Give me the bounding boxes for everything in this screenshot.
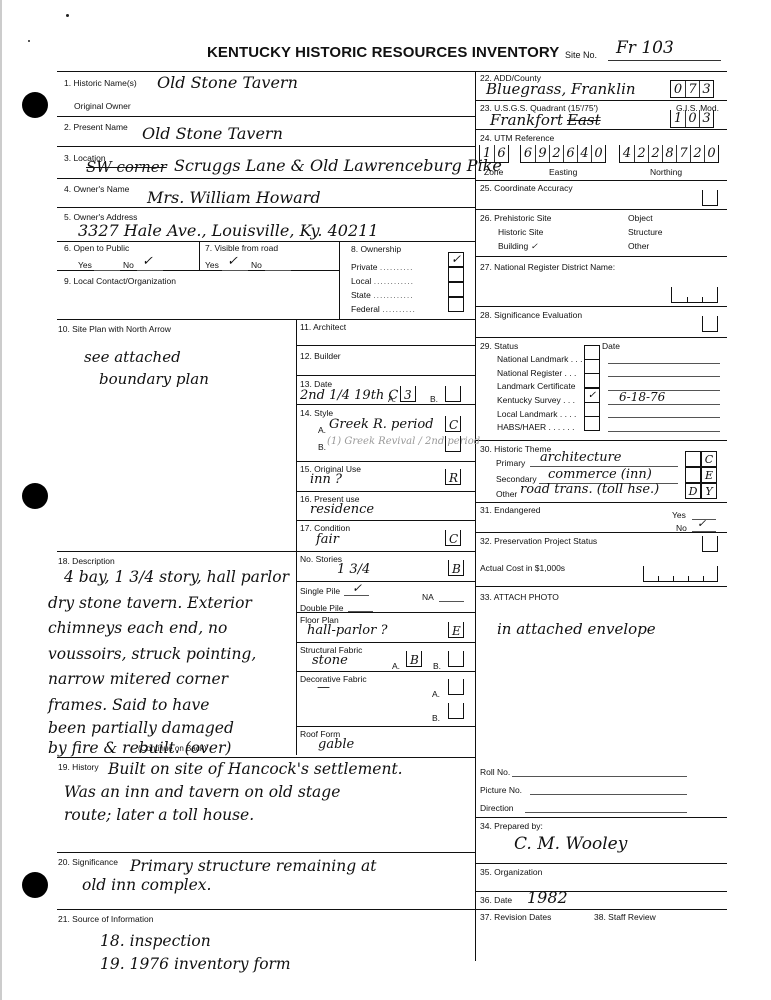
historic-site-label: Historic Site bbox=[498, 227, 543, 237]
style-b-code-box[interactable] bbox=[445, 436, 461, 452]
rule bbox=[296, 642, 475, 643]
single-pile-label: Single Pile bbox=[300, 586, 340, 596]
date-value[interactable]: 2nd 1/4 19th C bbox=[300, 388, 398, 403]
single-pile-checkmark: ✓ bbox=[352, 581, 362, 595]
rule bbox=[57, 852, 475, 853]
rule bbox=[475, 129, 727, 130]
utm-northing-digit: 8 bbox=[662, 145, 676, 162]
utm-easting-digit: 6 bbox=[521, 145, 535, 162]
status-date-line[interactable] bbox=[608, 363, 720, 364]
decorative-fabric-label: Decorative Fabric bbox=[300, 674, 367, 684]
double-pile-blank[interactable] bbox=[348, 611, 373, 612]
rule bbox=[475, 532, 727, 533]
rule bbox=[296, 520, 475, 521]
rule bbox=[475, 891, 727, 892]
rule bbox=[296, 581, 475, 582]
direction-line[interactable] bbox=[525, 812, 687, 813]
stories-code-box[interactable]: B bbox=[448, 560, 464, 576]
date-b-label: B. bbox=[430, 394, 438, 404]
rule bbox=[475, 306, 727, 307]
county-code[interactable]: 0 7 3 bbox=[670, 80, 714, 98]
endangered-no-label: No bbox=[676, 523, 687, 533]
status-kentucky-survey: Kentucky Survey . . . bbox=[497, 395, 575, 405]
picture-no-line[interactable] bbox=[530, 794, 687, 795]
utm-zone[interactable]: 1 6 bbox=[479, 145, 509, 163]
theme-other-code-1[interactable]: D bbox=[685, 483, 701, 499]
actual-cost-label: Actual Cost in $1,000s bbox=[480, 563, 565, 573]
visible-yes-label: Yes bbox=[205, 260, 219, 270]
picture-no-label: Picture No. bbox=[480, 785, 522, 795]
ownership-private-checkbox[interactable]: ✓ bbox=[448, 252, 464, 267]
rule bbox=[57, 116, 475, 117]
date-b-code-box[interactable] bbox=[445, 386, 461, 402]
status-label: 29. Status bbox=[480, 341, 518, 351]
stories-code: B bbox=[449, 562, 461, 576]
rule bbox=[296, 404, 475, 405]
preservation-status-box[interactable] bbox=[702, 536, 718, 552]
history-line[interactable]: route; later a toll house. bbox=[64, 806, 254, 824]
open-yes-label: Yes bbox=[78, 260, 92, 270]
rule bbox=[475, 817, 727, 818]
utm-northing-digit: 0 bbox=[704, 145, 718, 162]
theme-other-label: Other bbox=[496, 489, 517, 499]
na-label: NA bbox=[422, 592, 434, 602]
visible-yes-blank[interactable] bbox=[222, 270, 248, 271]
description-line[interactable]: chimneys each end, no bbox=[48, 619, 227, 637]
utm-label: 24. UTM Reference bbox=[480, 133, 554, 143]
significance-line[interactable]: old inn complex. bbox=[82, 876, 211, 894]
structural-b-code-box[interactable] bbox=[448, 651, 464, 667]
utm-easting[interactable]: 6 9 2 6 4 0 bbox=[520, 145, 606, 163]
other-label: Other bbox=[628, 241, 649, 251]
roof-form-value[interactable]: gable bbox=[318, 737, 354, 752]
rule bbox=[475, 586, 727, 587]
status-date-line[interactable] bbox=[608, 431, 720, 432]
utm-northing-digit: 2 bbox=[634, 145, 648, 162]
ownership-state: State ............ bbox=[351, 290, 414, 300]
ownership-federal-label: Federal bbox=[351, 304, 380, 314]
utm-northing-digit: 2 bbox=[690, 145, 704, 162]
rule bbox=[475, 502, 727, 503]
stories-label: No. Stories bbox=[300, 554, 342, 564]
nr-district-label: 27. National Register District Name: bbox=[480, 262, 615, 272]
status-landmark-certificate: Landmark Certificate bbox=[497, 381, 575, 391]
rule bbox=[475, 337, 727, 338]
kentucky-survey-date[interactable]: 6-18-76 bbox=[619, 390, 665, 404]
utm-easting-digit: 9 bbox=[535, 145, 549, 162]
floor-plan-code-box[interactable]: E bbox=[448, 622, 464, 638]
rule bbox=[475, 909, 727, 910]
rule bbox=[475, 100, 727, 101]
form-date-label: 36. Date bbox=[480, 895, 512, 905]
divider bbox=[339, 241, 340, 319]
site-plan-value-2[interactable]: boundary plan bbox=[99, 370, 209, 388]
na-blank[interactable] bbox=[439, 601, 464, 602]
ownership-local-label: Local bbox=[351, 276, 371, 286]
continue-on-back-label: (Continue on Back) bbox=[138, 744, 206, 753]
rule bbox=[57, 207, 475, 208]
ownership-label: 8. Ownership bbox=[351, 244, 401, 254]
history-label: 19. History bbox=[58, 762, 99, 772]
status-national-register-checkbox[interactable] bbox=[584, 359, 600, 374]
source-label: 21. Source of Information bbox=[58, 914, 153, 924]
owner-name-label: 4. Owner's Name bbox=[64, 184, 129, 194]
structural-a-code: B bbox=[407, 653, 419, 667]
revision-dates-label: 37. Revision Dates bbox=[480, 912, 551, 922]
endangered-label: 31. Endangered bbox=[480, 505, 541, 515]
site-no-value[interactable]: Fr 103 bbox=[616, 38, 674, 58]
utm-zone-digit: 6 bbox=[494, 145, 508, 162]
location-value[interactable]: Scruggs Lane & Old Lawrenceburg Pike bbox=[174, 156, 502, 175]
rule bbox=[475, 863, 727, 864]
visible-road-label: 7. Visible from road bbox=[205, 243, 278, 253]
decorative-a-label: A. bbox=[432, 689, 440, 699]
present-use-value[interactable]: residence bbox=[310, 502, 374, 517]
rule bbox=[57, 241, 475, 242]
prepared-by-label: 34. Prepared by: bbox=[480, 821, 543, 831]
ownership-federal: Federal .......... bbox=[351, 304, 416, 314]
description-line[interactable]: dry stone tavern. Exterior bbox=[48, 594, 252, 612]
theme-primary-code-2[interactable]: C bbox=[701, 451, 717, 467]
attach-photo-label: 33. ATTACH PHOTO bbox=[480, 592, 559, 602]
date-a-code: 3 bbox=[401, 388, 412, 402]
decorative-fabric-value[interactable]: — bbox=[317, 680, 330, 695]
gis-mod-code[interactable]: 1 0 3 bbox=[670, 110, 714, 128]
condition-code: C bbox=[446, 532, 458, 546]
significance-label: 20. Significance bbox=[58, 857, 118, 867]
architect-label: 11. Architect bbox=[300, 322, 346, 332]
theme-primary-code-1[interactable] bbox=[685, 451, 701, 467]
source-line[interactable]: 19. 1976 inventory form bbox=[100, 955, 291, 973]
ownership-private-label: Private bbox=[351, 262, 377, 272]
gis-mod-digit: 0 bbox=[685, 110, 699, 127]
form-title: KENTUCKY HISTORIC RESOURCES INVENTORY bbox=[207, 44, 559, 61]
decorative-b-label: B. bbox=[432, 713, 440, 723]
visible-yes-checkmark: ✓ bbox=[227, 254, 238, 269]
gis-mod-digit: 1 bbox=[671, 110, 685, 127]
history-line[interactable]: Built on site of Hancock's settlement. bbox=[108, 760, 403, 778]
stories-value[interactable]: 1 3/4 bbox=[337, 562, 370, 577]
present-name-value[interactable]: Old Stone Tavern bbox=[142, 124, 283, 143]
ownership-state-checkbox[interactable] bbox=[448, 282, 464, 297]
column-divider bbox=[475, 71, 476, 961]
building-checkmark: ✓ bbox=[528, 241, 537, 251]
owner-address-value[interactable]: 3327 Hale Ave., Louisville, Ky. 40211 bbox=[78, 221, 378, 240]
theme-secondary-code-1[interactable] bbox=[685, 467, 701, 483]
status-habs-haer: HABS/HAER . . . . . . bbox=[497, 422, 574, 432]
original-use-value[interactable]: inn ? bbox=[310, 472, 342, 487]
site-plan-value-1[interactable]: see attached bbox=[84, 348, 181, 366]
site-no-label: Site No. bbox=[565, 50, 597, 60]
roll-no-line[interactable] bbox=[512, 776, 687, 777]
divider bbox=[199, 241, 200, 270]
ownership-federal-checkbox[interactable] bbox=[448, 297, 464, 312]
utm-easting-digit: 2 bbox=[549, 145, 563, 162]
rule bbox=[296, 726, 475, 727]
theme-secondary-code-2[interactable]: E bbox=[701, 467, 717, 483]
easting-label: Easting bbox=[549, 167, 577, 177]
utm-northing-digit: 4 bbox=[620, 145, 634, 162]
status-date-line[interactable] bbox=[608, 417, 720, 418]
structural-a-code-box[interactable]: B bbox=[406, 651, 422, 667]
utm-easting-digit: 4 bbox=[577, 145, 591, 162]
divider bbox=[296, 319, 297, 755]
utm-zone-digit: 1 bbox=[480, 145, 494, 162]
condition-code-box[interactable]: C bbox=[445, 530, 461, 546]
single-pile-blank[interactable] bbox=[344, 595, 369, 596]
actual-cost-boxes[interactable] bbox=[643, 566, 718, 582]
historic-name-label: 1. Historic Name(s) bbox=[64, 78, 137, 88]
open-no-blank[interactable] bbox=[137, 270, 163, 271]
open-no-checkmark: ✓ bbox=[142, 254, 153, 269]
double-pile-label: Double Pile bbox=[300, 603, 343, 613]
direction-label: Direction bbox=[480, 803, 514, 813]
rule bbox=[296, 461, 475, 462]
status-national-landmark-checkbox[interactable] bbox=[584, 345, 600, 360]
county-code-digit: 3 bbox=[699, 81, 713, 97]
preservation-status-label: 32. Preservation Project Status bbox=[480, 536, 597, 546]
rule bbox=[296, 375, 475, 376]
gis-mod-digit: 3 bbox=[699, 110, 713, 127]
historic-name-value[interactable]: Old Stone Tavern bbox=[157, 73, 298, 92]
theme-secondary-value[interactable]: commerce (inn) bbox=[548, 467, 652, 482]
decorative-a-code-box[interactable] bbox=[448, 679, 464, 695]
roll-no-label: Roll No. bbox=[480, 767, 510, 777]
significance-line[interactable]: Primary structure remaining at bbox=[130, 857, 377, 875]
description-label: 18. Description bbox=[58, 556, 115, 566]
original-use-code-box[interactable]: R bbox=[445, 469, 461, 485]
status-landmark-certificate-checkbox[interactable] bbox=[584, 373, 600, 388]
description-line[interactable]: 4 bay, 1 3/4 story, hall parlor bbox=[64, 568, 289, 586]
form-page: KENTUCKY HISTORIC RESOURCES INVENTORY Si… bbox=[0, 0, 771, 1000]
utm-northing-digit: 7 bbox=[676, 145, 690, 162]
original-use-code: R bbox=[446, 471, 458, 485]
ownership-local: Local ............ bbox=[351, 276, 414, 286]
rule bbox=[57, 319, 475, 320]
organization-label: 35. Organization bbox=[480, 867, 542, 877]
rule bbox=[475, 180, 727, 181]
add-county-value[interactable]: Bluegrass, Franklin bbox=[486, 80, 636, 98]
rule bbox=[475, 440, 727, 441]
theme-primary-label: Primary bbox=[496, 458, 525, 468]
utm-northing[interactable]: 4 2 2 8 7 2 0 bbox=[619, 145, 719, 163]
rule bbox=[57, 551, 475, 552]
structural-a-label: A. bbox=[392, 661, 400, 671]
visible-no-label: No bbox=[251, 260, 262, 270]
status-habs-haer-checkbox[interactable] bbox=[584, 416, 600, 431]
staff-review-label: 38. Staff Review bbox=[594, 912, 656, 922]
building-label-text: Building bbox=[498, 241, 528, 251]
quadrant-struck-text: East bbox=[567, 111, 601, 129]
theme-other-value[interactable]: road trans. (toll hse.) bbox=[520, 482, 659, 497]
location-struck-text: SW corner bbox=[86, 158, 167, 176]
rule bbox=[296, 345, 475, 346]
decorative-b-code-box[interactable] bbox=[448, 703, 464, 719]
punch-hole-bottom bbox=[22, 872, 48, 898]
rule bbox=[475, 209, 727, 210]
endangered-no-blank[interactable] bbox=[692, 531, 716, 532]
northing-label: Northing bbox=[650, 167, 682, 177]
significance-eval-box[interactable] bbox=[702, 316, 718, 332]
rule bbox=[475, 256, 727, 257]
date-a-code-box[interactable]: 3 bbox=[400, 386, 416, 402]
punch-hole-top bbox=[22, 92, 48, 118]
theme-other-code-2[interactable]: Y bbox=[701, 483, 717, 499]
site-no-line bbox=[608, 60, 721, 61]
quadrant-value[interactable]: Frankfort bbox=[490, 111, 563, 129]
utm-easting-digit: 6 bbox=[563, 145, 577, 162]
present-name-label: 2. Present Name bbox=[64, 122, 128, 132]
structural-b-label: B. bbox=[433, 661, 441, 671]
ownership-private: Private .......... bbox=[351, 262, 413, 272]
style-a-code-box[interactable]: C bbox=[445, 416, 461, 432]
rule bbox=[57, 71, 727, 72]
endangered-yes-label: Yes bbox=[672, 510, 686, 520]
significance-eval-label: 28. Significance Evaluation bbox=[480, 310, 582, 320]
site-plan-label: 10. Site Plan with North Arrow bbox=[58, 324, 171, 334]
style-a-code: C bbox=[446, 418, 458, 432]
status-national-landmark: National Landmark . . . bbox=[497, 354, 583, 364]
open-no-label: No bbox=[123, 260, 134, 270]
status-local-landmark-checkbox[interactable] bbox=[584, 402, 600, 417]
source-line[interactable]: 18. inspection bbox=[100, 932, 211, 950]
speck bbox=[28, 40, 30, 42]
description-line[interactable]: voussoirs, struck pointing, bbox=[48, 645, 256, 663]
utm-northing-digit: 2 bbox=[648, 145, 662, 162]
open-to-public-label: 6. Open to Public bbox=[64, 243, 129, 253]
status-national-register: National Register . . . bbox=[497, 368, 576, 378]
endangered-no-checkmark: ✓ bbox=[697, 517, 706, 530]
status-date-line[interactable] bbox=[608, 404, 720, 405]
county-code-digit: 7 bbox=[685, 81, 699, 97]
builder-label: 12. Builder bbox=[300, 351, 341, 361]
status-date-label: Date bbox=[602, 341, 620, 351]
prepared-by-value[interactable]: C. M. Wooley bbox=[514, 834, 627, 854]
structure-label: Structure bbox=[628, 227, 663, 237]
nr-district-code-box[interactable] bbox=[671, 287, 718, 303]
speck bbox=[66, 14, 69, 17]
county-code-digit: 0 bbox=[671, 81, 685, 97]
rule bbox=[296, 671, 475, 672]
attach-photo-value[interactable]: in attached envelope bbox=[497, 620, 656, 638]
ownership-state-label: State bbox=[351, 290, 371, 300]
floor-plan-code: E bbox=[449, 624, 461, 638]
date-a-label: A. bbox=[388, 394, 396, 404]
description-line[interactable]: frames. Said to have bbox=[48, 696, 209, 714]
coordinate-accuracy-label: 25. Coordinate Accuracy bbox=[480, 183, 573, 193]
building-label: Building ✓ bbox=[498, 241, 538, 252]
structural-fabric-value[interactable]: stone bbox=[312, 653, 348, 668]
status-date-line[interactable] bbox=[608, 376, 720, 377]
style-b-label: B. bbox=[318, 442, 326, 452]
condition-value[interactable]: fair bbox=[316, 532, 339, 547]
open-yes-blank[interactable] bbox=[94, 270, 120, 271]
punch-hole-middle bbox=[22, 483, 48, 509]
original-owner-label: Original Owner bbox=[74, 101, 131, 111]
ownership-local-checkbox[interactable] bbox=[448, 267, 464, 282]
style-a-label: A. bbox=[318, 425, 326, 435]
style-a-value[interactable]: Greek R. period bbox=[329, 417, 434, 432]
rule bbox=[296, 491, 475, 492]
visible-no-blank[interactable] bbox=[265, 270, 291, 271]
rule bbox=[57, 757, 475, 758]
history-line[interactable]: Was an inn and tavern on old stage bbox=[64, 783, 340, 801]
object-label: Object bbox=[628, 213, 653, 223]
rule bbox=[57, 909, 475, 910]
zone-label: Zone bbox=[484, 167, 503, 177]
form-date-value[interactable]: 1982 bbox=[527, 888, 568, 907]
status-local-landmark: Local Landmark . . . . bbox=[497, 409, 576, 419]
rule bbox=[57, 178, 475, 179]
theme-primary-value[interactable]: architecture bbox=[540, 450, 621, 465]
utm-easting-digit: 0 bbox=[591, 145, 605, 162]
description-line[interactable]: narrow mitered corner bbox=[48, 670, 228, 688]
floor-plan-value[interactable]: hall-parlor ? bbox=[307, 623, 387, 638]
rule bbox=[57, 146, 475, 147]
local-contact-label: 9. Local Contact/Organization bbox=[64, 276, 176, 286]
prehistoric-site-label: 26. Prehistoric Site bbox=[480, 213, 551, 223]
coordinate-accuracy-box[interactable] bbox=[702, 190, 718, 206]
status-kentucky-survey-checkbox[interactable]: ✓ bbox=[584, 388, 600, 403]
owner-name-value[interactable]: Mrs. William Howard bbox=[147, 188, 321, 207]
description-line[interactable]: been partially damaged bbox=[48, 719, 234, 737]
